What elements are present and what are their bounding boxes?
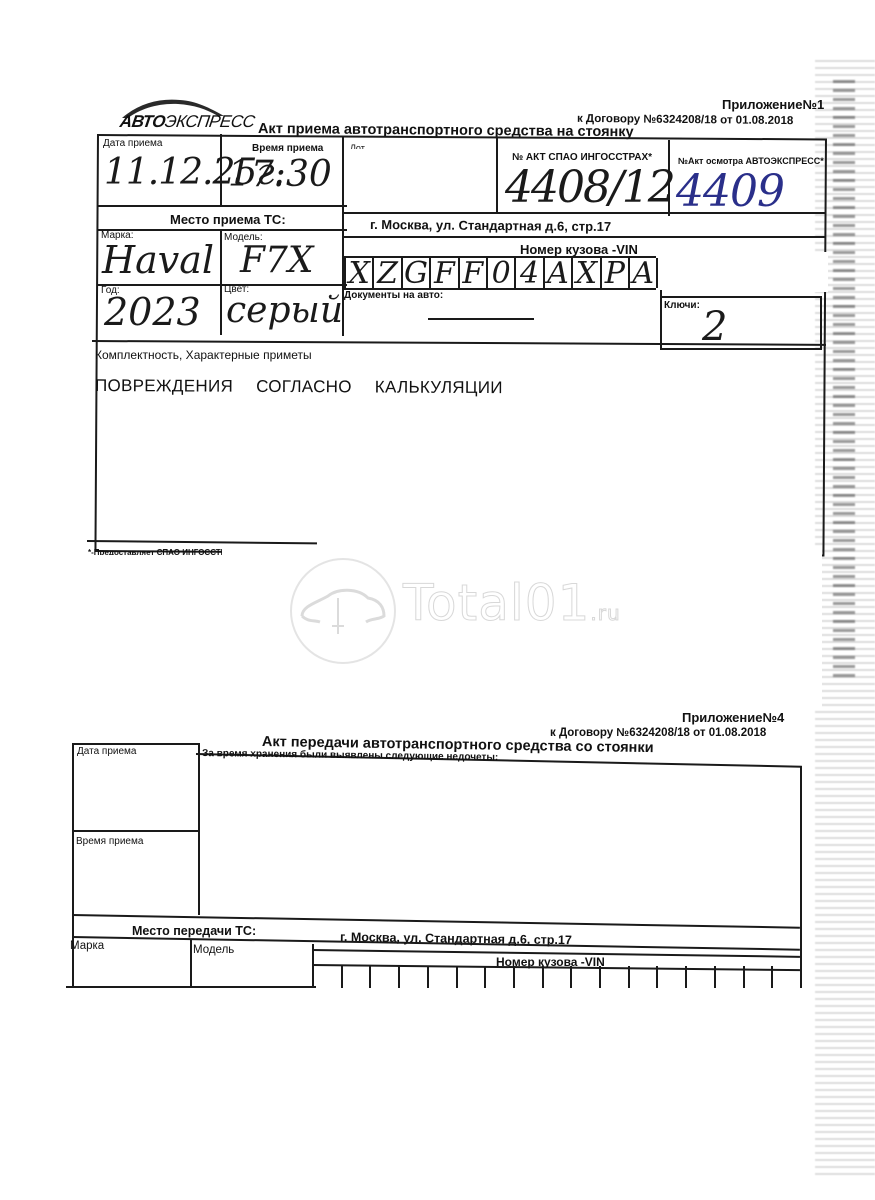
vin-empty-cell [456,966,485,988]
vin-empty-cell [599,966,628,988]
place-label: Место приема ТС: [170,212,286,227]
completeness-value: ПОВРЕЖДЕНИЯ СОГЛАСНО КАЛЬКУЛЯЦИИ [95,376,503,398]
vin-empty-cell [542,966,571,988]
scan-noise-dark [833,80,855,680]
vin-char-cell: G [401,258,429,288]
vin-empty-cell [800,966,829,988]
vin-char-cell: X [344,258,372,288]
vin-empty-cell [341,966,370,988]
time-value: 17:30 [228,154,332,195]
inspection-act-value: 4409 [676,166,784,217]
model-label: Модель [193,944,234,956]
divider [97,229,347,231]
divider [72,830,198,832]
divider [342,236,826,238]
vin-empty-cell [743,966,772,988]
divider [72,743,198,745]
vin-char-cell: 4 [514,258,542,288]
color-value: серый [226,290,343,331]
vin-grid: XZGFF04AXPA [344,256,656,290]
watermark: Total01.ru [288,556,608,666]
vin-empty-cell [685,966,714,988]
appendix-label: Приложение№4 [682,710,784,725]
place-label: Место передачи ТС: [132,924,256,938]
vin-empty-cell [513,966,542,988]
brand-value: Haval [102,238,214,282]
vin-empty-cell [714,966,743,988]
watermark-car-icon [288,556,398,666]
vin-char-cell: 0 [486,258,514,288]
time-label: Время приема [252,143,323,154]
appendix-label: Приложение№1 [722,97,824,112]
model-value: F7X [240,240,314,281]
vin-empty-cell [427,966,456,988]
vin-char-cell: X [571,258,599,288]
ingos-act-value: 4408/12 [505,162,674,213]
vin-char-cell: P [600,258,628,288]
contract-reference: к Договору №6324208/18 от 01.08.2018 [550,727,766,739]
completeness-label: Комплектность, Характерные приметы [95,348,312,362]
inspection-act-label: №Акт осмотра АВТОЭКСПРЕСС* [678,156,824,166]
vin-empty-cell [398,966,427,988]
vin-empty-cell [656,966,685,988]
divider [97,205,347,207]
date-label: Дата приема [77,746,136,757]
divider [198,743,200,915]
redaction-mask [658,252,828,292]
vin-empty-cell [771,966,800,988]
vin-empty-cell [312,966,341,988]
footnote: *-Предоставляет СПАО ИНГОССТРАХ [88,548,236,555]
vin-empty-cell [484,966,513,988]
logo-text-rest: ЭКСПРЕСС [164,112,256,131]
vin-char-cell: A [628,258,656,288]
vin-empty-cell [369,966,398,988]
place-value: г. Москва, ул. Стандартная д.6, стр.17 [370,217,611,234]
time-label: Время приема [76,836,143,847]
vin-empty-cell [628,966,657,988]
watermark-suffix: .ru [590,601,620,625]
documents-label: Документы на авто: [344,290,443,301]
divider [190,940,192,988]
divider [220,229,222,335]
vin-char-cell: F [458,258,486,288]
vin-empty-cell [570,966,599,988]
divider [800,766,802,988]
vin-char-cell: F [429,258,457,288]
brand-label: Марка [70,940,104,952]
documents-value [428,318,534,320]
divider [66,986,316,988]
vin-char-cell: A [543,258,571,288]
watermark-text: Total01 [403,574,590,632]
logo-text-bold: АВТО [119,112,167,131]
year-value: 2023 [104,290,201,334]
date-label: Дата приема [103,138,162,149]
divider [496,138,498,214]
company-logo: АВТОЭКСПРЕСС [119,112,256,132]
lot-label: Лот [350,143,365,149]
vin-char-cell: Z [372,258,400,288]
keys-box [660,296,822,350]
vin-grid-empty [312,966,800,988]
divider [97,284,347,286]
